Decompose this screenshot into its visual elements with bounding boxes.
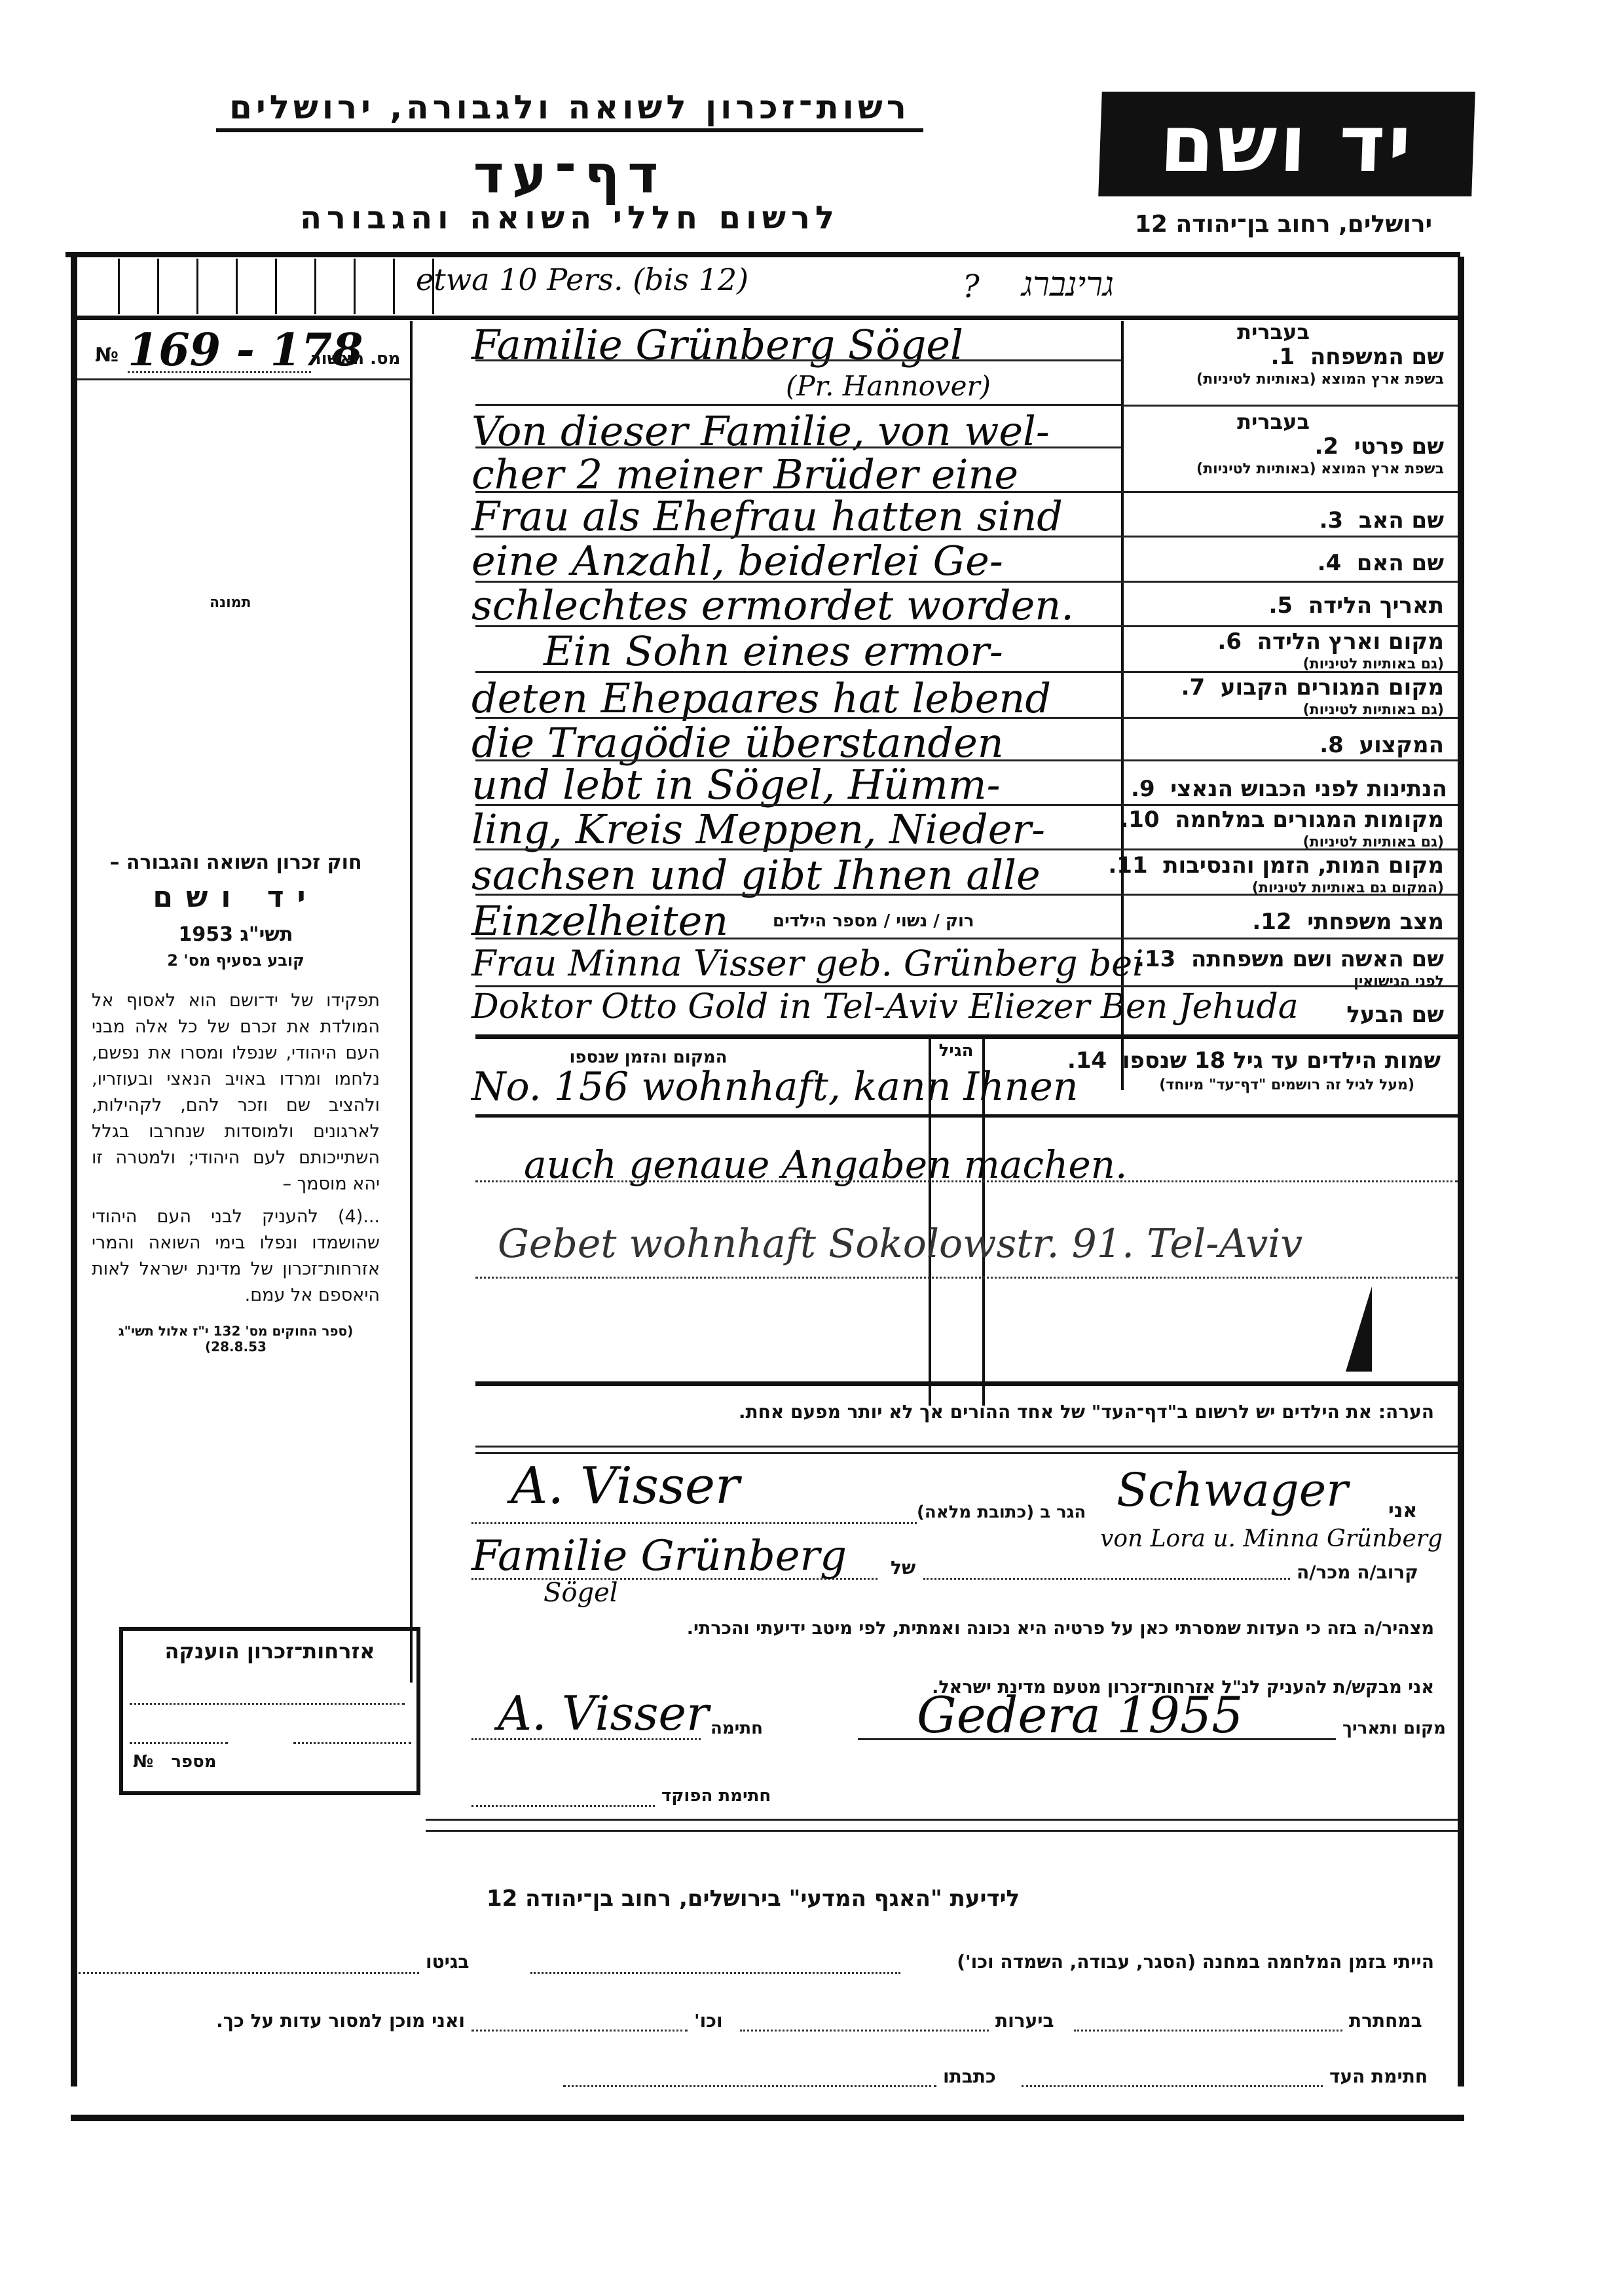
field-label-wartime-residence: מקומות המגורים במלחמה — [1175, 807, 1444, 833]
citizenship-title: אזרחות־זכרון הוענקה — [123, 1639, 416, 1664]
field-label-wife-name: שם האשה ושם משפחתה — [1191, 946, 1444, 972]
approval-divider — [77, 378, 410, 380]
field-label-marital-status: מצב משפחתי — [1307, 909, 1444, 935]
of-value-2[interactable]: Sögel — [544, 1578, 618, 1608]
birth-place-value[interactable]: Ein Sohn eines ermor- — [544, 627, 1198, 675]
field-label-residence: מקום המגורים הקבוע — [1221, 674, 1444, 701]
children-row-1[interactable]: No. 156 wohnhaft, kann Ihnen — [471, 1064, 969, 1110]
field-label-death-place: מקום המות, הזמן והנסיבות — [1163, 852, 1444, 879]
death-place-value[interactable]: sachsen und gibt Ihnen alle — [471, 851, 1126, 899]
field-label-father-name: שם האב — [1359, 507, 1444, 534]
form-title: דף־עד — [216, 144, 923, 205]
field-label-birth-place: מקום וארץ הלידה — [1257, 629, 1444, 655]
number-symbol: № — [95, 344, 119, 367]
law-text-box: חוק זכרון השואה והגבורה – יד ושם תשי"ג 1… — [92, 851, 380, 1355]
field-sub-children: (מעל לגיל זה רושמים "דף־עד" מיוחד) — [1061, 1077, 1414, 1093]
field-label-first-name: שם פרטי — [1354, 433, 1444, 460]
ink-blot — [1346, 1286, 1372, 1372]
place-date-label: מקום ותאריך — [1342, 1719, 1446, 1738]
law-year: תשי"ג 1953 — [92, 923, 380, 946]
citizenship-number-symbol: № — [133, 1752, 153, 1772]
willing-testify-label: ואני מוכן למסור עדות על כך. — [98, 2010, 465, 2032]
hebrew-tag-2: בעברית — [1237, 409, 1310, 434]
frame-left-border — [71, 257, 77, 2086]
ghetto-label: בגיטו — [426, 1951, 469, 1973]
logo-text: יד ושם — [1158, 99, 1415, 190]
official-signature-label: חתימת הפוקד — [661, 1786, 771, 1806]
declaration-relation-extra[interactable]: von Lora u. Minna Grünberg — [1100, 1525, 1443, 1552]
birth-date-value[interactable]: schlechtes ermordet worden. — [471, 581, 1126, 629]
field-sub-first-name: בשפת ארץ המוצא (באותיות לטיניות) — [1103, 461, 1444, 477]
residence-value[interactable]: deten Ehepaares hat lebend — [471, 674, 1126, 722]
relative-label: קרוב/ה מכר/ה — [1297, 1561, 1418, 1583]
declaration-ani-label: אני — [1388, 1499, 1417, 1522]
family-name-region[interactable]: (Pr. Hannover) — [786, 370, 1441, 402]
declaration-residing-label: הגר ב (כתובת מלאה) — [917, 1503, 1086, 1522]
left-column-divider — [410, 321, 413, 1683]
place-date-value[interactable]: Gedera 1955 — [917, 1686, 1244, 1744]
mother-name-value[interactable]: eine Anzahl, beiderlei Ge- — [471, 537, 1126, 585]
col-age-header: הגיל — [930, 1041, 982, 1061]
handwritten-hebrew-surname: גרינברג — [1022, 265, 1114, 304]
form-subtitle: לרשום חללי השואה והגבורה — [216, 200, 923, 236]
field-label-children: שמות הילדים עד גיל 18 שנספו — [1122, 1048, 1441, 1074]
etc-label: וכו' — [694, 2010, 723, 2032]
camp-label: הייתי בזמן המלחמה במחנה (הסגר, עבודה, הש… — [904, 1951, 1434, 1973]
underground-label: במחתרת — [1349, 2010, 1422, 2032]
law-paragraph-1: תפקידו של יד־ושם הוא לאסוף אל המולדת את … — [92, 988, 380, 1197]
family-name-value[interactable]: Familie Grünberg Sögel — [471, 321, 1126, 369]
organization-title: רשות־זכרון לשואה ולגבורה, ירושלים — [216, 88, 923, 126]
of-label: של — [891, 1557, 915, 1578]
declarant-signature[interactable]: A. Visser — [498, 1686, 709, 1741]
law-citation: (ספר החוקים מס' 132 י"ז אלול תשי"ג 28.8.… — [92, 1323, 380, 1355]
law-paragraph-2: ...(4) להעניק לבני העם היהודי שהושמדו ונ… — [92, 1204, 380, 1309]
header-address: ירושלים, רחוב בן־יהודה 12 — [1087, 211, 1480, 238]
field-label-birth-date: תאריך הלידה — [1308, 592, 1444, 619]
bottom-title: לידיעת "האגף המדעי" בירושלים, רחוב בן־יה… — [393, 1886, 1113, 1912]
husband-name-value[interactable]: Doktor Otto Gold in Tel-Aviv Eliezer Ben… — [471, 987, 1323, 1027]
frame-right-border — [1458, 257, 1464, 2086]
father-name-value[interactable]: Frau als Ehefrau hatten sind — [471, 492, 1126, 540]
field-label-nationality: הנתינות לפני הכבוש הנאצי — [1170, 776, 1447, 802]
witness-signature-label: חתימת העד — [1329, 2066, 1428, 2087]
wartime-residence-value[interactable]: ling, Kreis Meppen, Nieder- — [471, 805, 1126, 853]
forests-label: ביערות — [995, 2010, 1054, 2032]
of-value[interactable]: Familie Grünberg — [471, 1532, 847, 1580]
law-section: קובע בסעיף מס' 2 — [92, 951, 380, 970]
yad-vashem-logo: יד ושם — [1098, 92, 1475, 196]
witness-address-label: כתבתו — [943, 2066, 996, 2087]
memorial-citizenship-box: אזרחות־זכרון הוענקה № מספר — [119, 1627, 420, 1795]
handwritten-count-note: etwa 10 Pers. (bis 12) — [416, 262, 748, 297]
field-label-profession: המקצוע — [1359, 732, 1444, 758]
hebrew-tag-1: בעברית — [1237, 319, 1310, 344]
law-title-yad-vashem: יד ושם — [92, 881, 380, 914]
header-rule — [216, 128, 923, 132]
frame-bottom-border — [71, 2115, 1464, 2121]
field-label-family-name: שם המשפחה — [1310, 344, 1444, 370]
citizenship-number-label: מספר — [171, 1752, 216, 1772]
nationality-value[interactable]: und lebt in Sögel, Hümm- — [471, 761, 1126, 809]
field-label-husband-name: שם הבעל — [1346, 1002, 1444, 1028]
handwritten-question-mark: ? — [963, 268, 980, 305]
law-title: חוק זכרון השואה והגבורה – — [92, 851, 380, 874]
frame-top-border — [65, 252, 1460, 257]
declarant-name[interactable]: A. Visser — [511, 1457, 739, 1516]
signature-label: חתימה — [710, 1719, 763, 1738]
wife-name-value[interactable]: Frau Minna Visser geb. Grünberg bei — [471, 943, 1126, 984]
field-label-mother-name: שם האם — [1357, 550, 1444, 576]
declaration-statement: מצהיר/ה בזה כי העדות שמסרתי כאן על פרטיה… — [471, 1618, 1434, 1639]
declaration-relation-value[interactable]: Schwager — [1116, 1463, 1348, 1517]
photo-area[interactable] — [82, 386, 406, 779]
approval-number-label: מס. האשור — [311, 349, 401, 369]
children-row-3[interactable]: Gebet wohnhaft Sokolowstr. 91. Tel-Aviv — [498, 1221, 1447, 1267]
children-note: הערה: את הילדים יש לרשום ב"דף־העד" של אח… — [498, 1401, 1434, 1423]
